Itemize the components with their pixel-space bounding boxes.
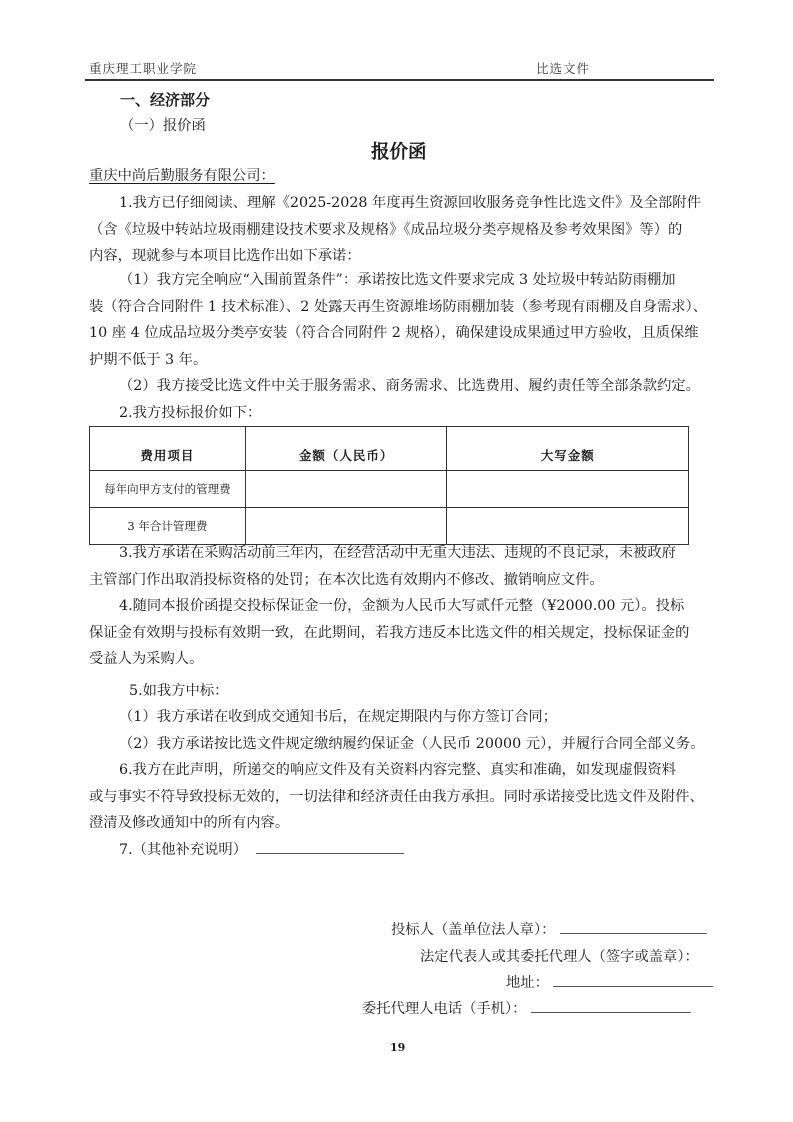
- signature-address: 地址：: [506, 972, 713, 992]
- cell-item: 每年向甲方支付的管理费: [90, 471, 246, 508]
- bidder-seal-blank[interactable]: [560, 919, 707, 934]
- table-row: 每年向甲方支付的管理费: [90, 471, 689, 508]
- address-label: 地址：: [506, 975, 549, 991]
- p1-line-3: 内容，现就参与本项目比选作出如下承诺：: [89, 243, 701, 270]
- table-header-row: 费用项目 金额（人民币） 大写金额: [90, 427, 689, 471]
- paragraph-7: 7.（其他补充说明）: [89, 837, 404, 864]
- signature-bidder: 投标人（盖单位法人章）：: [391, 919, 707, 939]
- bidder-label: 投标人（盖单位法人章）：: [391, 922, 555, 938]
- quote-table: 费用项目 金额（人民币） 大写金额 每年向甲方支付的管理费 3 年合计管理费: [89, 426, 689, 545]
- paragraph-5-2: （2）我方承诺按比选文件规定缴纳履约保证金（人民币 20000 元），并履行合同…: [89, 731, 705, 758]
- p1-line-1: 1.我方已仔细阅读、理解《2025-2028 年度再生资源回收服务竞争性比选文件…: [89, 190, 701, 217]
- col-header-amount: 金额（人民币）: [245, 427, 447, 471]
- paragraph-3: 3.我方承诺在采购活动前三年内，在经营活动中无重大违法、违规的不良记录，未被政府…: [89, 540, 676, 593]
- p4-line-3: 受益人为采购人。: [89, 646, 689, 673]
- header-left-institution: 重庆理工职业学院: [89, 59, 197, 77]
- p1-1-line-1: （1）我方完全响应“入围前置条件”：承诺按比选文件要求完成 3 处垃圾中转站防雨…: [89, 267, 707, 294]
- p1-1-line-3: 10 座 4 位成品垃圾分类亭安装（符合合同附件 2 规格），确保建设成果通过甲…: [89, 320, 707, 347]
- p6-line-2: 或与事实不符导致投标无效的，一切法律和经济责任由我方承担。同时承诺接受比选文件及…: [89, 784, 704, 811]
- cell-amount-input[interactable]: [245, 471, 447, 508]
- cell-amount-words-input[interactable]: [447, 508, 689, 545]
- doc-title: 报价函: [371, 138, 427, 164]
- p3-line-2: 主管部门作出取消投标资格的处罚；在本次比选有效期内不修改、撤销响应文件。: [89, 567, 676, 594]
- section-title: 一、经济部分: [120, 89, 210, 110]
- p6-line-1: 6.我方在此声明，所递交的响应文件及有关资料内容完整、真实和准确，如发现虚假资料: [89, 757, 704, 784]
- cell-amount-input[interactable]: [245, 508, 447, 545]
- p6-line-3: 澄清及修改通知中的所有内容。: [89, 810, 704, 837]
- phone-label: 委托代理人电话（手机）：: [362, 1001, 526, 1017]
- p3-line-1: 3.我方承诺在采购活动前三年内，在经营活动中无重大违法、违规的不良记录，未被政府: [89, 540, 676, 567]
- supplementary-notes-blank[interactable]: [256, 839, 404, 854]
- col-header-item: 费用项目: [90, 427, 246, 471]
- header-rule: [85, 79, 714, 81]
- paragraph-1-1: （1）我方完全响应“入围前置条件”：承诺按比选文件要求完成 3 处垃圾中转站防雨…: [89, 267, 707, 373]
- col-header-amount-words: 大写金额: [447, 427, 689, 471]
- p1-line-2: （含《垃圾中转站垃圾雨棚建设技术要求及规格》《成品垃圾分类亭规格及参考效果图》等…: [89, 217, 701, 244]
- subsection-title: （一）报价函: [120, 115, 206, 135]
- cell-item: 3 年合计管理费: [90, 508, 246, 545]
- phone-blank[interactable]: [531, 998, 691, 1013]
- paragraph-6: 6.我方在此声明，所递交的响应文件及有关资料内容完整、真实和准确，如发现虚假资料…: [89, 757, 704, 837]
- p1-1-line-2: 装（符合合同附件 1 技术标准）、2 处露天再生资源堆场防雨棚加装（参考现有雨棚…: [89, 294, 707, 321]
- legal-rep-label: 法定代表人或其委托代理人（签字或盖章）：: [420, 946, 699, 966]
- paragraph-5: 5.如我方中标：: [89, 678, 228, 705]
- paragraph-5-1: （1）我方承诺在收到成交通知书后，在规定期限内与你方签订合同；: [89, 704, 557, 731]
- paragraph-1: 1.我方已仔细阅读、理解《2025-2028 年度再生资源回收服务竞争性比选文件…: [89, 190, 701, 270]
- p4-line-1: 4.随同本报价函提交投标保证金一份，金额为人民币大写贰仟元整（¥2000.00 …: [89, 593, 689, 620]
- signature-phone: 委托代理人电话（手机）：: [362, 998, 691, 1018]
- paragraph-4: 4.随同本报价函提交投标保证金一份，金额为人民币大写贰仟元整（¥2000.00 …: [89, 593, 689, 673]
- addressee: 重庆中尚后勤服务有限公司：: [89, 165, 275, 185]
- header-right-doc-type: 比选文件: [536, 59, 590, 77]
- address-blank[interactable]: [553, 972, 713, 987]
- p4-line-2: 保证金有效期与投标有效期一致，在此期间，若我方违反本比选文件的相关规定，投标保证…: [89, 620, 689, 647]
- page-number: 19: [390, 1041, 405, 1054]
- paragraph-2: 2.我方投标报价如下：: [89, 400, 261, 427]
- p1-1-line-4: 护期不低于 3 年。: [89, 347, 707, 374]
- paragraph-1-2: （2）我方接受比选文件中关于服务需求、商务需求、比选费用、履约责任等全部条款约定…: [89, 373, 700, 400]
- p7-label: 7.（其他补充说明）: [119, 842, 247, 858]
- cell-amount-words-input[interactable]: [447, 471, 689, 508]
- table-row: 3 年合计管理费: [90, 508, 689, 545]
